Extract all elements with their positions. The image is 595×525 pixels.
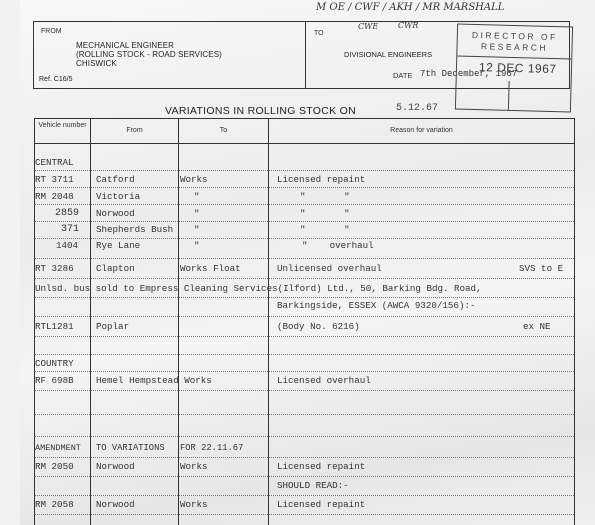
row-rule <box>35 297 574 298</box>
stamp-line-2: RESEARCH <box>457 41 571 54</box>
reference-number: Ref. C16/5 <box>39 76 72 83</box>
vehicle-number: 371 <box>61 224 79 235</box>
column-header-vehicle: Vehicle number <box>35 122 90 130</box>
from-garage: Clapton <box>96 263 135 274</box>
section-label-country: COUNTRY <box>35 358 74 369</box>
to-destination: Works <box>180 461 208 472</box>
vehicle-number: 1404 <box>56 240 78 251</box>
row-rule <box>35 476 574 477</box>
row-rule <box>35 390 574 391</box>
table-row: 2859 Norwood " " " <box>0 208 595 222</box>
row-rule <box>35 354 574 355</box>
reason: " " <box>300 191 350 202</box>
table-row: RT 3286 Clapton Works Float Unlicensed o… <box>0 263 595 277</box>
amendment-label-2: TO VARIATIONS <box>96 443 165 453</box>
to-destination: " <box>194 191 200 202</box>
sale-note: Unlsd. bus sold to Empress Cleaning Serv… <box>35 283 482 294</box>
reason: " overhaul <box>302 240 374 251</box>
table-top-border <box>34 118 575 119</box>
table-row: RM 2048 Victoria " " " <box>0 191 595 205</box>
amendment-row: AMENDMENT TO VARIATIONS FOR 22.11.67 <box>0 443 595 457</box>
vehicle-number: RT 3711 <box>35 174 74 185</box>
table-row: RTL1281 Poplar (Body No. 6216) ex NE <box>0 321 595 335</box>
row-rule <box>35 170 574 171</box>
to-destination: Works <box>180 499 208 510</box>
from-garage: Shepherds Bush <box>96 224 173 235</box>
stamp-vertical-divider <box>508 81 510 110</box>
column-header-reason: Reason for variation <box>269 127 574 134</box>
table-row: RF 698B Hemel Hempstead Works Licensed o… <box>0 375 595 389</box>
date-label: DATE <box>393 71 412 80</box>
note: ex NE <box>523 321 551 332</box>
vehicle-number: RM 2058 <box>35 499 74 510</box>
to-destination: Works <box>180 174 208 185</box>
section-label-central: CENTRAL <box>35 157 74 168</box>
to-destination: " <box>194 240 200 251</box>
row-rule <box>35 278 574 279</box>
reason: Licensed overhaul <box>277 375 371 386</box>
table-row: RT 3711 Catford Works Licensed repaint <box>0 174 595 188</box>
table-row: 371 Shepherds Bush " " " <box>0 224 595 238</box>
from-garage: Poplar <box>96 321 129 332</box>
vehicle-number: RF 698B <box>35 375 74 386</box>
from-line-3: CHISWICK <box>76 59 222 68</box>
vehicle-number: RTL1281 <box>35 321 74 332</box>
page-title: VARIATIONS IN ROLLING STOCK ON <box>165 105 356 117</box>
row-rule <box>35 457 574 458</box>
from-garage: Norwood <box>96 499 135 510</box>
reason: " " <box>300 208 350 219</box>
to-destination: " <box>194 208 200 219</box>
vehicle-number: RM 2050 <box>35 461 74 472</box>
to-label: TO <box>314 30 324 37</box>
row-rule <box>35 514 574 515</box>
from-garage: Rye Lane <box>96 240 140 251</box>
table-row: RM 2058 Norwood Works Licensed repaint <box>0 499 595 513</box>
column-header-to: To <box>179 127 268 134</box>
row-rule <box>35 316 574 317</box>
row-rule <box>35 258 574 259</box>
from-garage: Hemel Hempstead Works <box>96 375 212 386</box>
from-line-1: MECHANICAL ENGINEER <box>76 41 222 50</box>
stamp-date: 12 DEC 1967 <box>479 60 557 76</box>
to-destination: " <box>194 224 200 235</box>
row-rule <box>35 336 574 337</box>
vehicle-number: 2859 <box>55 208 79 219</box>
row-rule <box>35 495 574 496</box>
from-garage: Norwood <box>96 461 135 472</box>
row-rule <box>35 238 574 239</box>
column-header-from: From <box>91 127 178 134</box>
to-recipient: DIVISIONAL ENGINEERS <box>344 50 432 59</box>
amendment-label: AMENDMENT <box>35 443 81 453</box>
from-garage: Victoria <box>96 191 140 202</box>
row-rule <box>35 414 574 415</box>
reason: Licensed repaint <box>277 499 365 510</box>
from-address: MECHANICAL ENGINEER (ROLLING STOCK - ROA… <box>76 41 222 68</box>
title-date: 5.12.67 <box>396 103 438 114</box>
reason: (Body No. 6216) <box>277 321 360 332</box>
from-garage: Catford <box>96 174 135 185</box>
from-garage: Norwood <box>96 208 135 219</box>
sale-note-continuation: Barkingside, ESSEX (AWCA 9320/156):- <box>277 300 475 311</box>
handwritten-routing: M OE / CWF / AKH / MR MARSHALL <box>316 2 504 13</box>
table-header-border <box>34 143 575 144</box>
vehicle-number: RT 3286 <box>35 263 74 274</box>
table-row: 1404 Rye Lane " " overhaul <box>0 240 595 254</box>
from-box: FROM MECHANICAL ENGINEER (ROLLING STOCK … <box>33 21 305 89</box>
reason: Unlicensed overhaul <box>277 263 382 274</box>
reason: " " <box>300 224 350 235</box>
to-destination: Works Float <box>180 263 241 274</box>
from-line-2: (ROLLING STOCK - ROAD SERVICES) <box>76 50 222 59</box>
reason: Licensed repaint <box>277 461 365 472</box>
vehicle-number: RM 2048 <box>35 191 74 202</box>
reason: Licensed repaint <box>277 174 365 185</box>
from-label: FROM <box>41 28 62 35</box>
table-row: RM 2050 Norwood Works Licensed repaint <box>0 461 595 475</box>
stamp-divider <box>457 56 571 60</box>
row-rule <box>35 371 574 372</box>
note: SVS to E <box>519 263 563 274</box>
should-read-note: SHOULD READ:- <box>277 480 349 491</box>
row-rule <box>35 436 574 437</box>
amendment-date: FOR 22.11.67 <box>180 443 243 453</box>
received-stamp: DIRECTOR OF RESEARCH 12 DEC 1967 <box>455 23 573 112</box>
